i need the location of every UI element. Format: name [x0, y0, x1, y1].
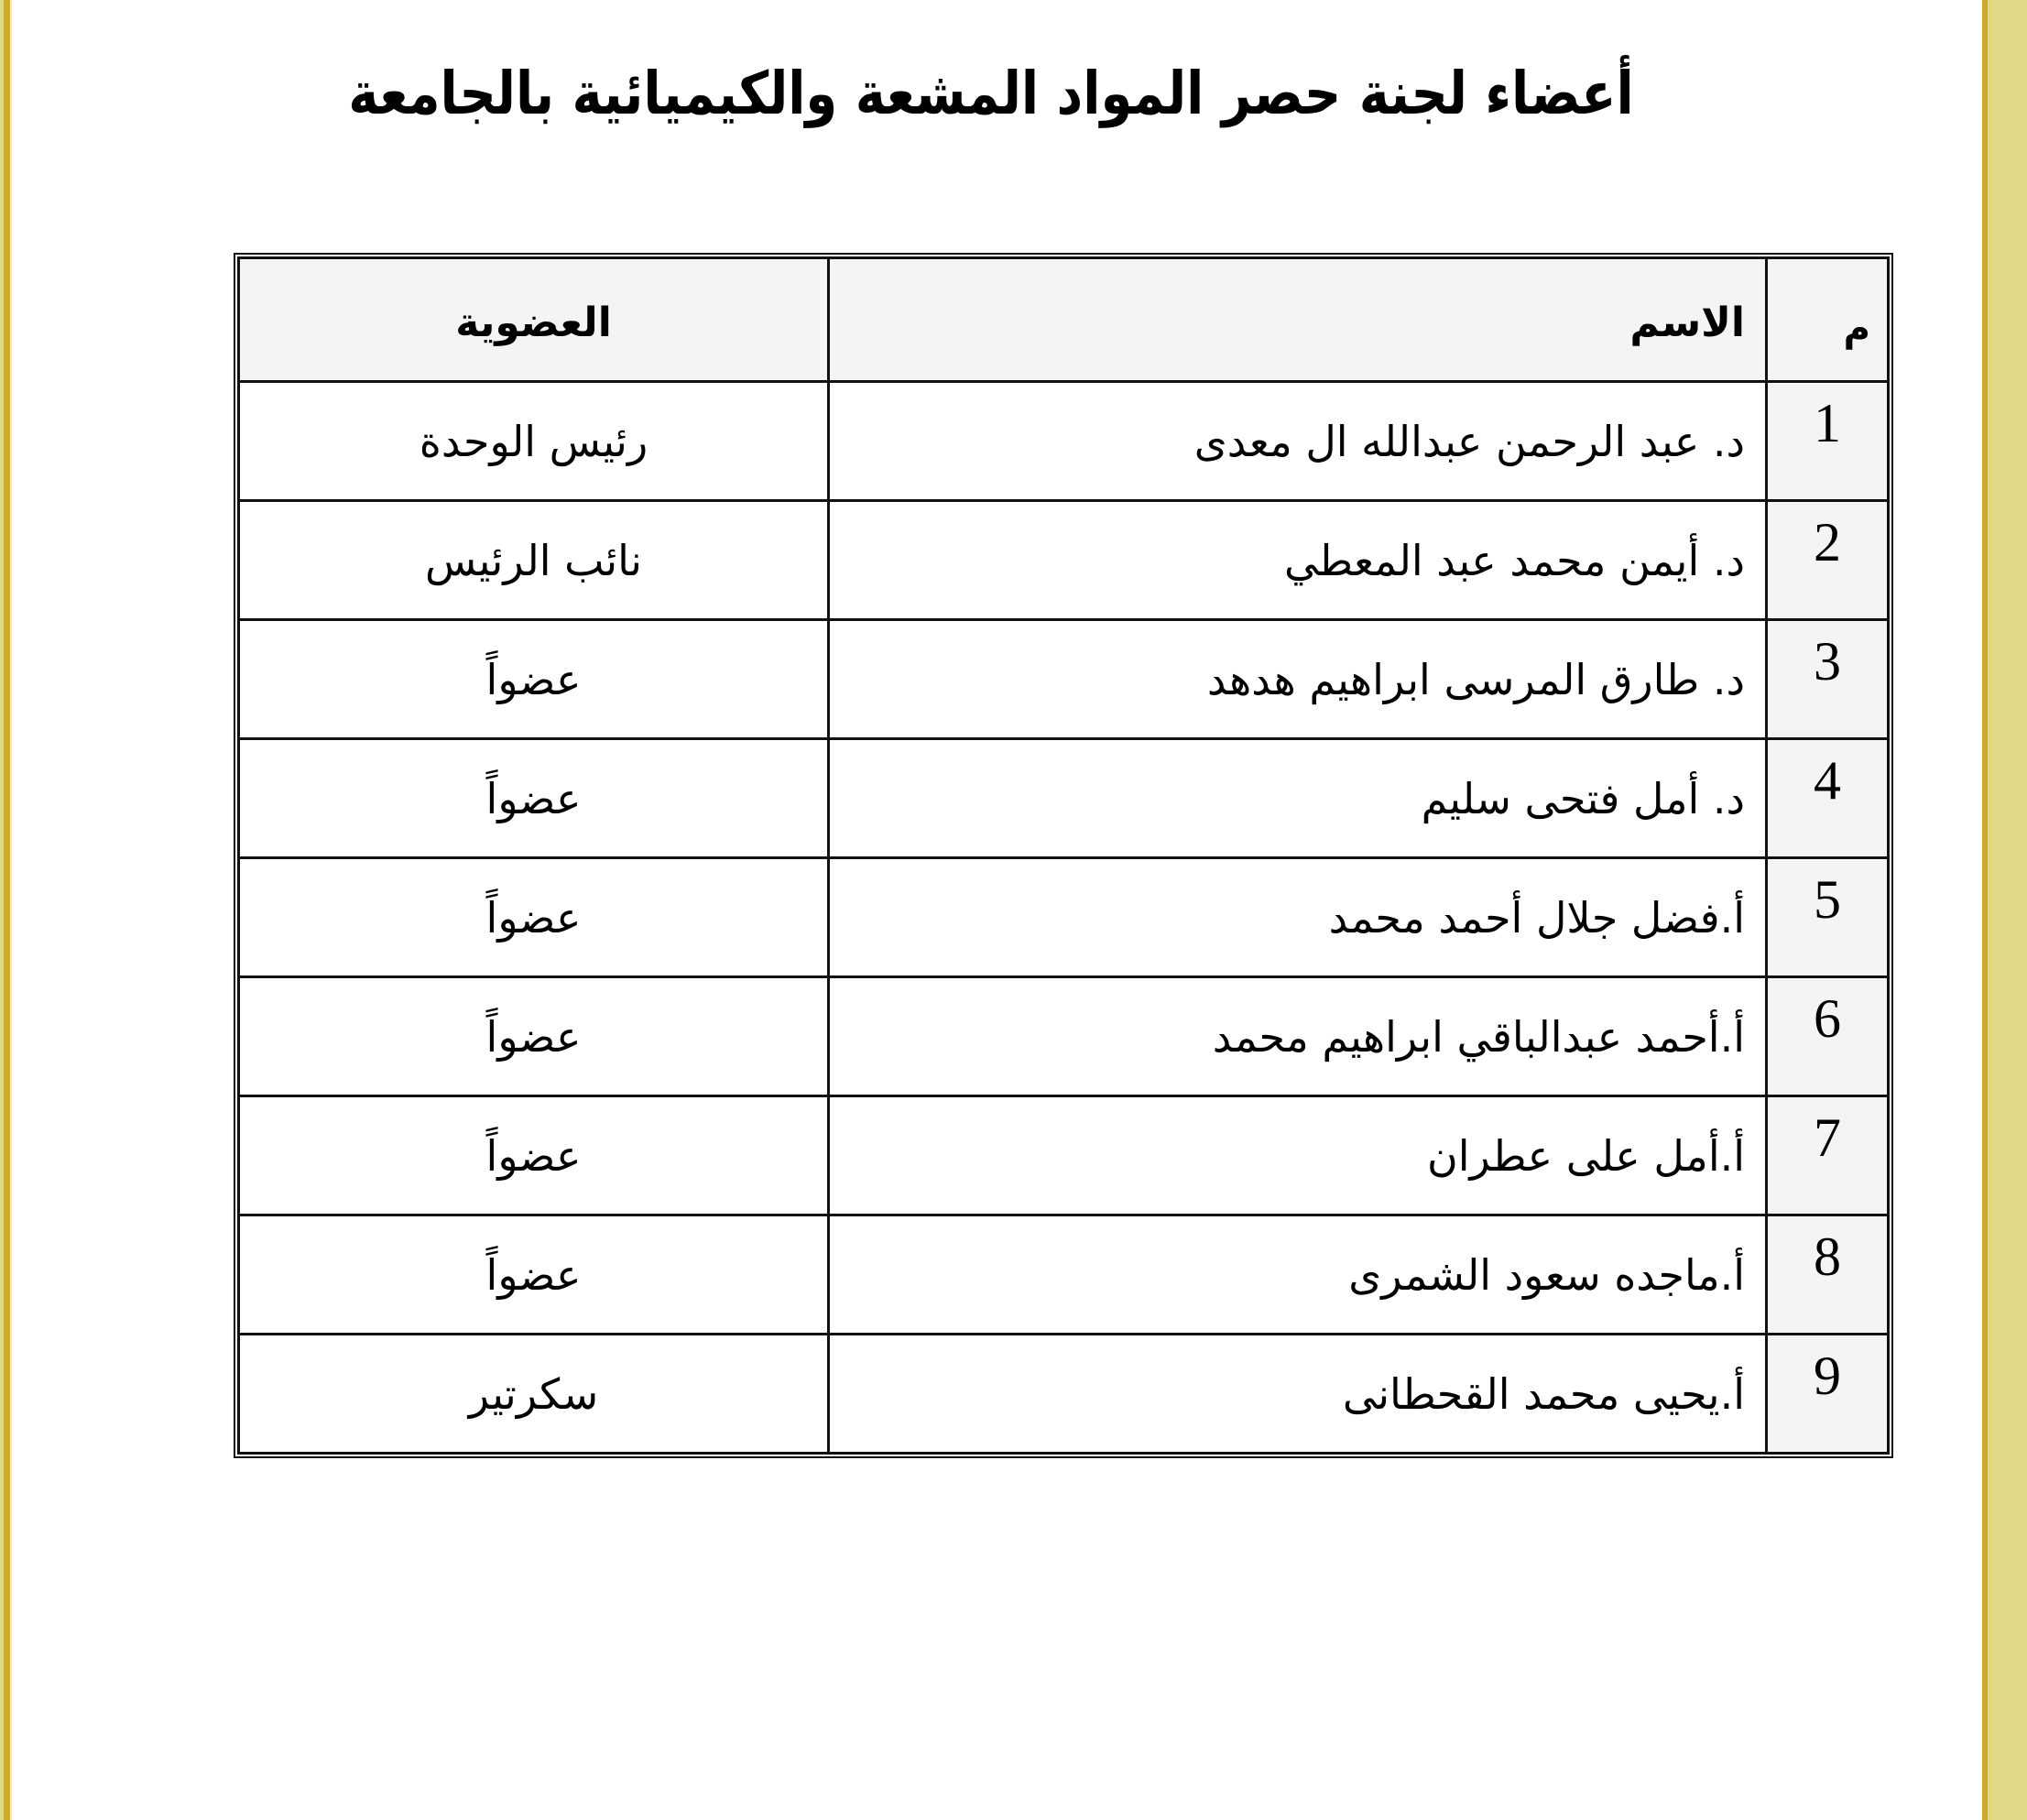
- page-margin-right: [1988, 0, 2027, 1820]
- member-name: د. عبد الرحمن عبدالله ال معدى: [829, 382, 1767, 501]
- header-membership: العضوية: [239, 258, 829, 382]
- members-table: م الاسم العضوية 1 د. عبد الرحمن عبدالله …: [237, 256, 1890, 1455]
- table-row: 7 أ.أمل على عطران عضواً: [239, 1096, 1889, 1215]
- member-name: د. أيمن محمد عبد المعطي: [829, 501, 1767, 620]
- member-name: أ.فضل جلال أحمد محمد: [829, 858, 1767, 977]
- row-number: 1: [1767, 382, 1889, 501]
- member-name: د. طارق المرسى ابراهيم هدهد: [829, 620, 1767, 739]
- member-name: أ.أمل على عطران: [829, 1096, 1767, 1215]
- page-title: أعضاء لجنة حصر المواد المشعة والكيميائية…: [0, 60, 1982, 128]
- table-row: 2 د. أيمن محمد عبد المعطي نائب الرئيس: [239, 501, 1889, 620]
- table-row: 3 د. طارق المرسى ابراهيم هدهد عضواً: [239, 620, 1889, 739]
- row-number: 9: [1767, 1335, 1889, 1454]
- member-role: عضواً: [239, 620, 829, 739]
- page-border-left-inner: [10, 0, 12, 1820]
- member-role: سكرتير: [239, 1335, 829, 1454]
- member-name: أ.أحمد عبدالباقي ابراهيم محمد: [829, 977, 1767, 1096]
- member-role: عضواً: [239, 858, 829, 977]
- row-number: 6: [1767, 977, 1889, 1096]
- table-row: 9 أ.يحيى محمد القحطانى سكرتير: [239, 1335, 1889, 1454]
- committee-members-table: م الاسم العضوية 1 د. عبد الرحمن عبدالله …: [234, 253, 1893, 1458]
- table-row: 4 د. أمل فتحى سليم عضواً: [239, 739, 1889, 858]
- table-header-row: م الاسم العضوية: [239, 258, 1889, 382]
- member-role: عضواً: [239, 1096, 829, 1215]
- member-role: عضواً: [239, 1215, 829, 1335]
- page-border-left: [4, 0, 10, 1820]
- member-name: د. أمل فتحى سليم: [829, 739, 1767, 858]
- table-row: 8 أ.ماجده سعود الشمرى عضواً: [239, 1215, 1889, 1335]
- row-number: 2: [1767, 501, 1889, 620]
- member-role: عضواً: [239, 739, 829, 858]
- member-name: أ.ماجده سعود الشمرى: [829, 1215, 1767, 1335]
- member-role: نائب الرئيس: [239, 501, 829, 620]
- row-number: 7: [1767, 1096, 1889, 1215]
- header-number: م: [1767, 258, 1889, 382]
- table-row: 6 أ.أحمد عبدالباقي ابراهيم محمد عضواً: [239, 977, 1889, 1096]
- header-name: الاسم: [829, 258, 1767, 382]
- table-row: 5 أ.فضل جلال أحمد محمد عضواً: [239, 858, 1889, 977]
- row-number: 3: [1767, 620, 1889, 739]
- member-role: عضواً: [239, 977, 829, 1096]
- row-number: 8: [1767, 1215, 1889, 1335]
- row-number: 4: [1767, 739, 1889, 858]
- table-row: 1 د. عبد الرحمن عبدالله ال معدى رئيس الو…: [239, 382, 1889, 501]
- member-name: أ.يحيى محمد القحطانى: [829, 1335, 1767, 1454]
- row-number: 5: [1767, 858, 1889, 977]
- member-role: رئيس الوحدة: [239, 382, 829, 501]
